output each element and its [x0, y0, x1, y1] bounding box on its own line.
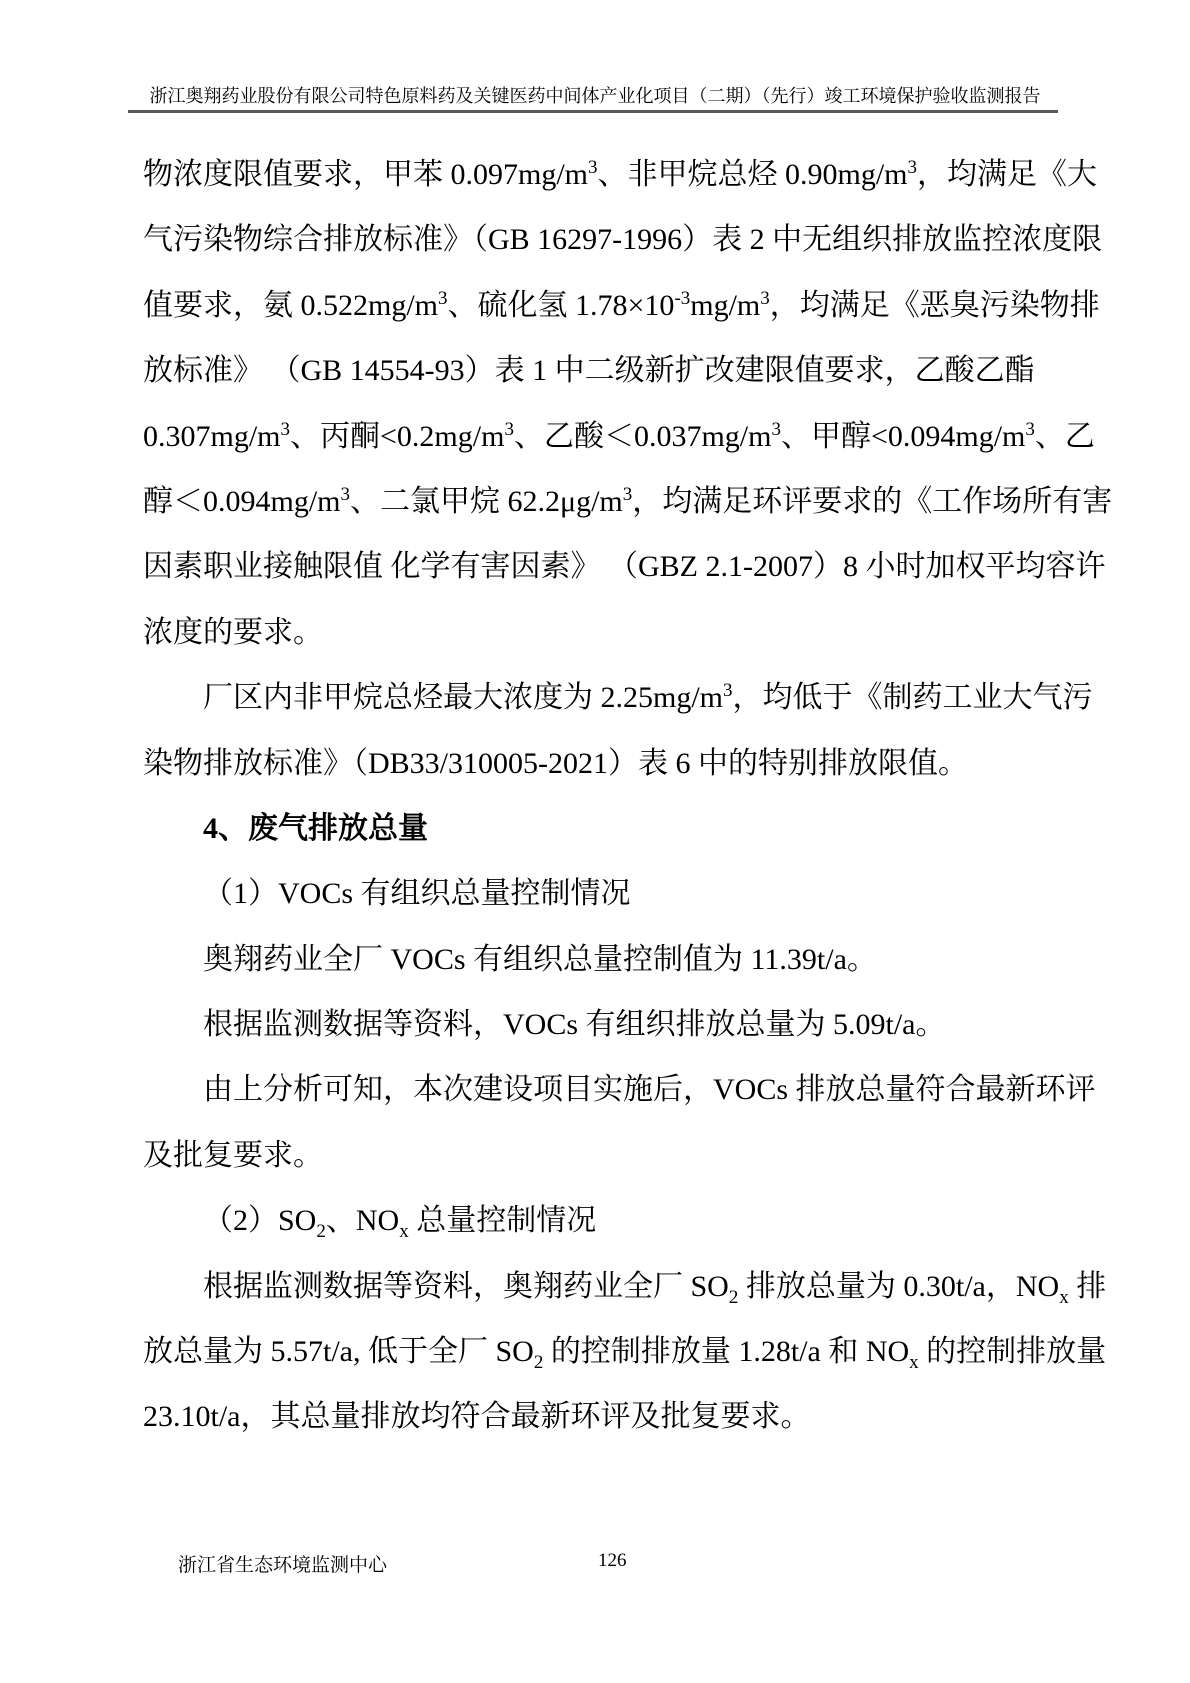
text-line: 23.10t/a，其总量排放均符合最新环评及批复要求。: [143, 1384, 1048, 1449]
text-line: 及批复要求。: [143, 1123, 1048, 1188]
header-title: 浙江奥翔药业股份有限公司特色原料药及关键医药中间体产业化项目（二期）（先行）竣工…: [105, 85, 1085, 107]
text-line: （2）SO2、NOx 总量控制情况: [143, 1188, 1048, 1253]
document-page: 浙江奥翔药业股份有限公司特色原料药及关键医药中间体产业化项目（二期）（先行）竣工…: [0, 0, 1190, 1683]
text-line: 0.307mg/m3、丙酮<0.2mg/m3、乙酸＜0.037mg/m3、甲醇<…: [143, 404, 1048, 469]
text-line: 醇＜0.094mg/m3、二氯甲烷 62.2μg/m3，均满足环评要求的《工作场…: [143, 469, 1048, 534]
document-body: 物浓度限值要求，甲苯 0.097mg/m3、非甲烷总烃 0.90mg/m3，均满…: [143, 142, 1048, 1450]
text-line: 根据监测数据等资料，奥翔药业全厂 SO2 排放总量为 0.30t/a，NOx 排: [143, 1254, 1048, 1319]
text-line: 由上分析可知，本次建设项目实施后，VOCs 排放总量符合最新环评: [143, 1057, 1048, 1122]
page-number: 126: [598, 1550, 627, 1572]
text-line: 气污染物综合排放标准》（GB 16297-1996）表 2 中无组织排放监控浓度…: [143, 207, 1048, 272]
footer-organization: 浙江省生态环境监测中心: [178, 1550, 387, 1577]
text-line: 染物排放标准》（DB33/310005-2021）表 6 中的特别排放限值。: [143, 731, 1048, 796]
text-line: 根据监测数据等资料，VOCs 有组织排放总量为 5.09t/a。: [143, 992, 1048, 1057]
text-line: 因素职业接触限值 化学有害因素》 （GBZ 2.1-2007）8 小时加权平均容…: [143, 534, 1048, 599]
text-line: 物浓度限值要求，甲苯 0.097mg/m3、非甲烷总烃 0.90mg/m3，均满…: [143, 142, 1048, 207]
header-rule: [128, 110, 1058, 113]
text-line: 浓度的要求。: [143, 600, 1048, 665]
text-line: 放标准》 （GB 14554-93）表 1 中二级新扩改建限值要求，乙酸乙酯: [143, 338, 1048, 403]
text-line: （1）VOCs 有组织总量控制情况: [143, 861, 1048, 926]
page-footer: 浙江省生态环境监测中心 126: [0, 1550, 1190, 1580]
text-line: 厂区内非甲烷总烃最大浓度为 2.25mg/m3，均低于《制药工业大气污: [143, 665, 1048, 730]
text-line: 放总量为 5.57t/a, 低于全厂 SO2 的控制排放量 1.28t/a 和 …: [143, 1319, 1048, 1384]
section-heading: 4、废气排放总量: [143, 796, 1048, 861]
text-line: 值要求，氨 0.522mg/m3、硫化氢 1.78×10-3mg/m3，均满足《…: [143, 273, 1048, 338]
text-line: 奥翔药业全厂 VOCs 有组织总量控制值为 11.39t/a。: [143, 927, 1048, 992]
